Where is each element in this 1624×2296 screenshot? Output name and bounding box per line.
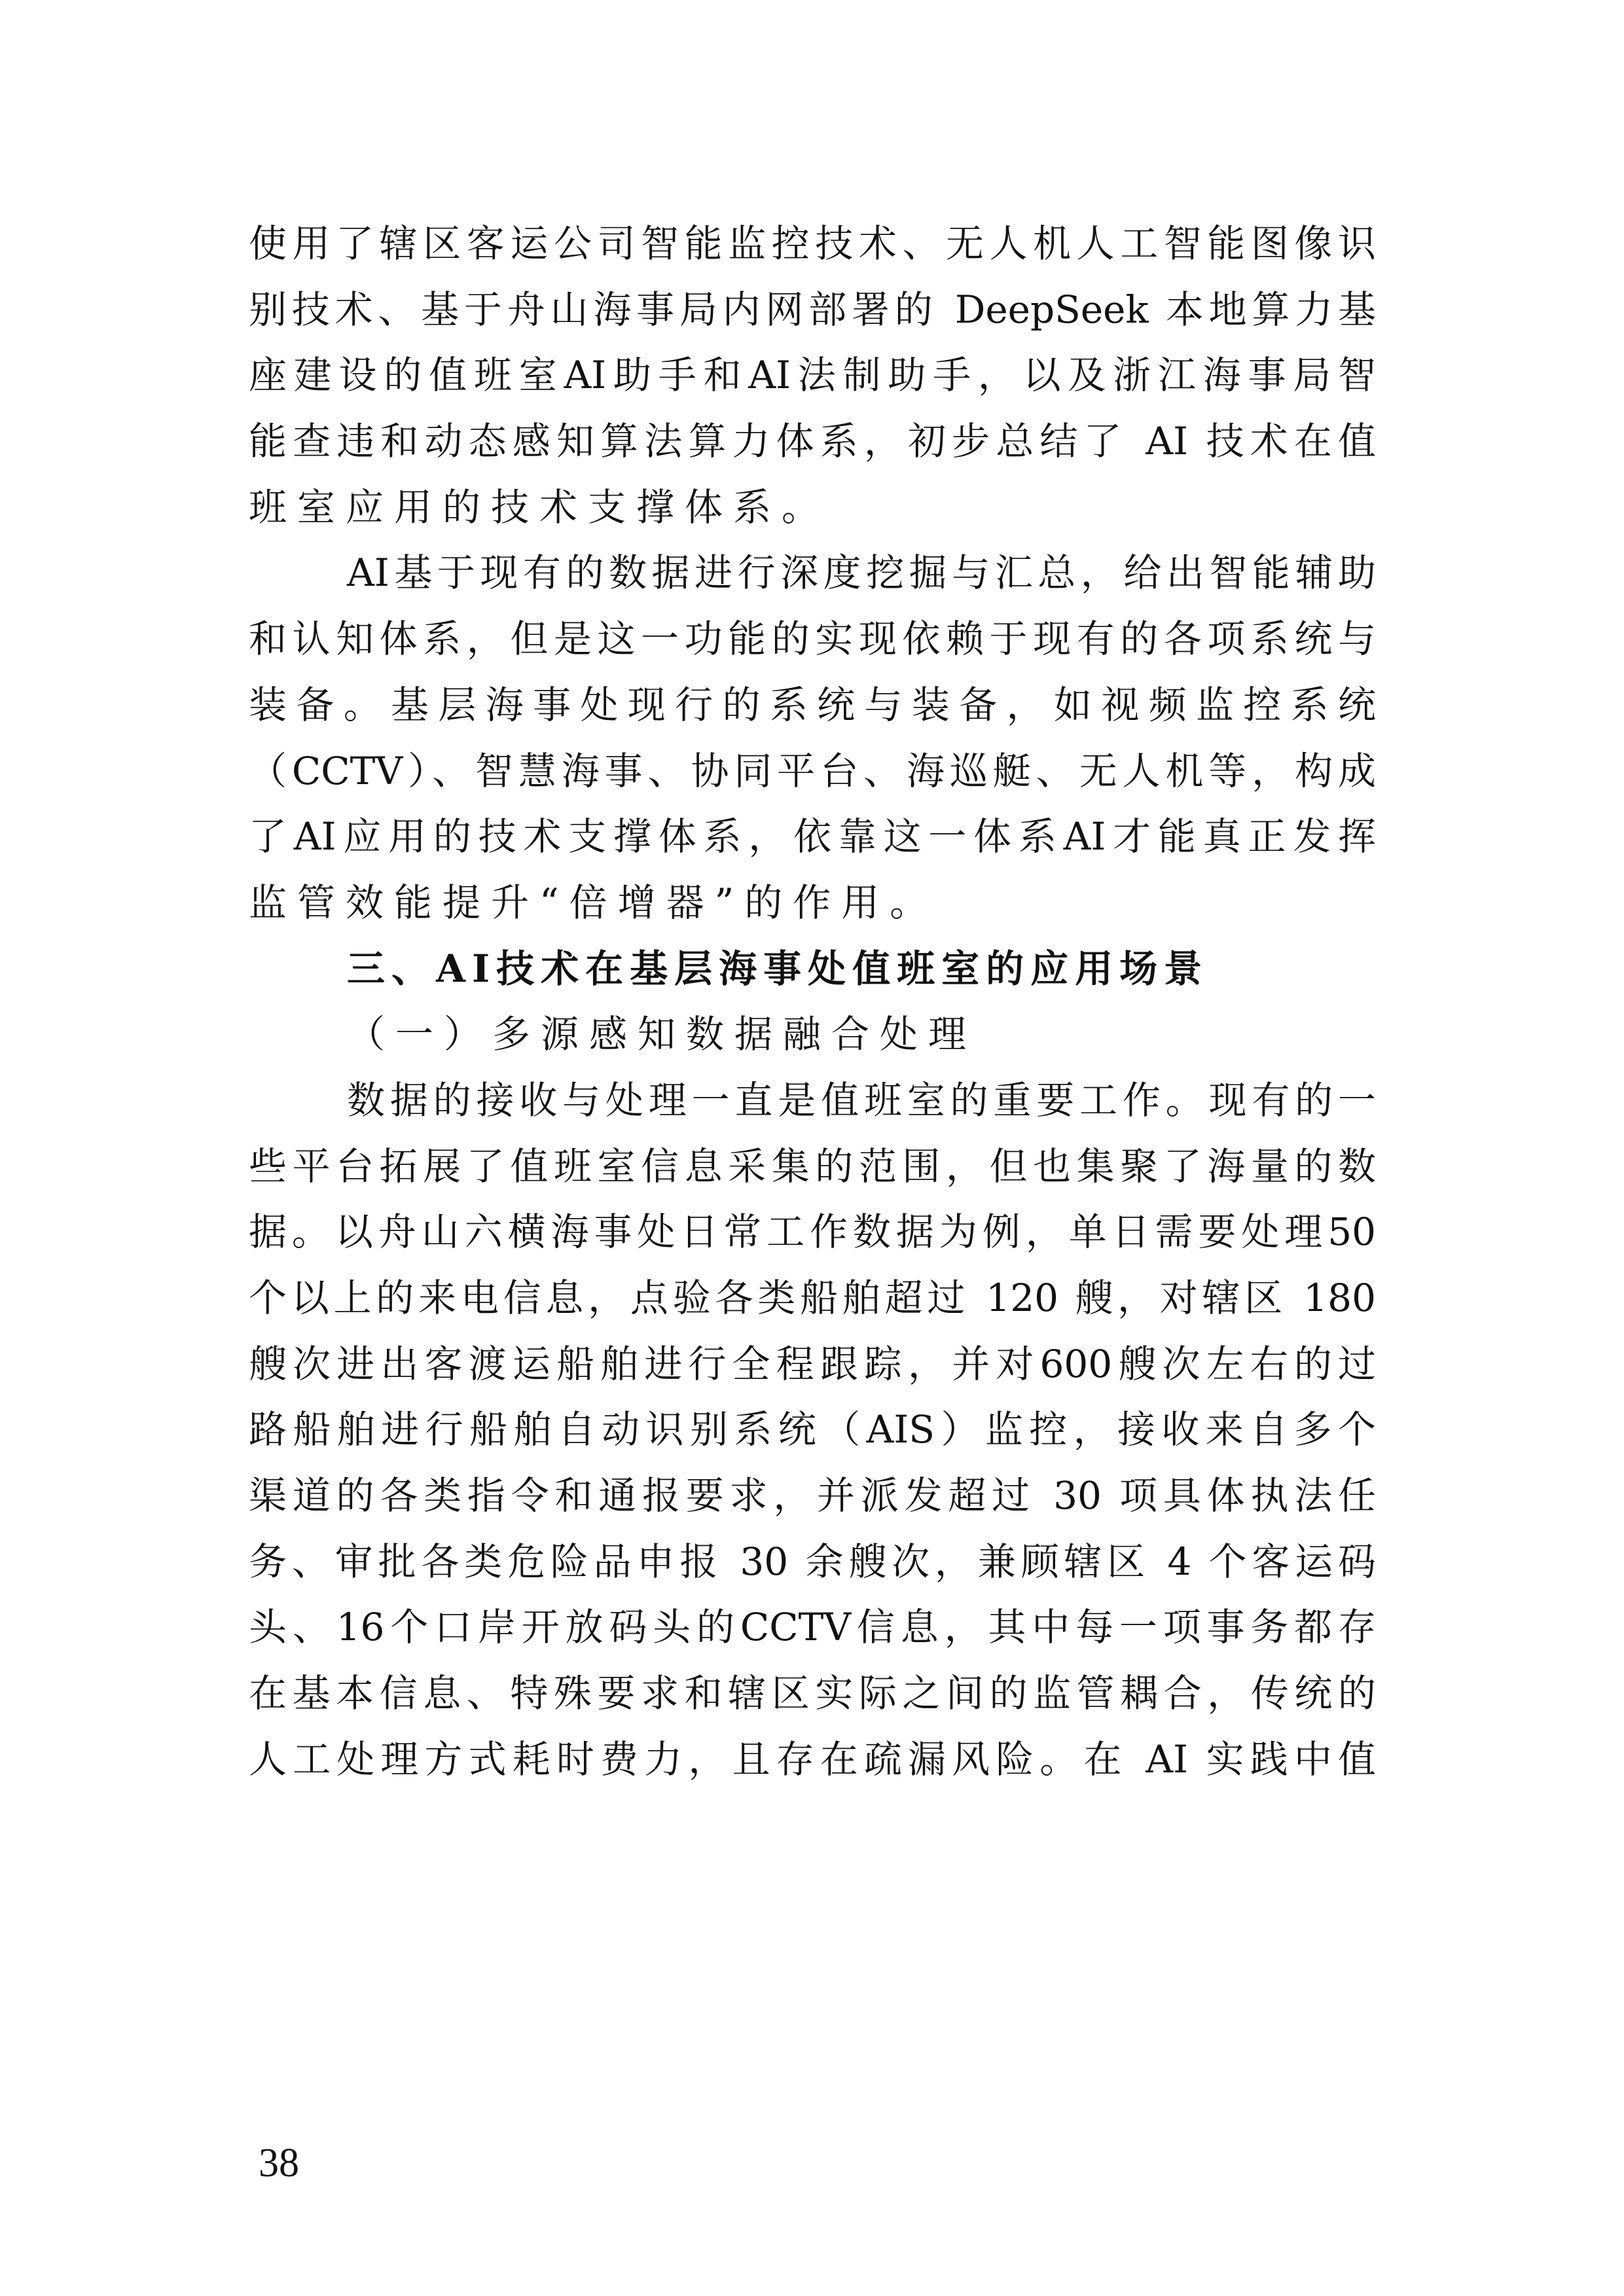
text-line: 务、审批各类危险品申报 30 余艘次，兼顾辖区 4 个客运码 [249,1529,1376,1595]
text-line: 头、16个口岸开放码头的CCTV信息，其中每一项事务都存 [249,1594,1376,1660]
text-line: 别技术、基于舟山海事局内网部署的 DeepSeek 本地算力基 [249,277,1376,343]
page-number: 38 [259,2140,299,2187]
text-line: 班室应用的技术支撑体系。 [249,475,1376,541]
document-page: 使用了辖区客运公司智能监控技术、无人机人工智能图像识 别技术、基于舟山海事局内网… [249,211,1376,1793]
text-line: 数据的接收与处理一直是值班室的重要工作。现有的一 [249,1067,1376,1134]
section-heading: 三、AI技术在基层海事处值班室的应用场景 [249,936,1376,1002]
text-line: 渠道的各类指令和通报要求，并派发超过 30 项具体执法任 [249,1463,1376,1529]
paragraph-2: AI基于现有的数据进行深度挖掘与汇总，给出智能辅助 和认知体系，但是这一功能的实… [249,540,1376,935]
paragraph-3: 数据的接收与处理一直是值班室的重要工作。现有的一 些平台拓展了值班室信息采集的范… [249,1067,1376,1793]
text-line: 路船舶进行船舶自动识别系统（AIS）监控，接收来自多个 [249,1397,1376,1463]
paragraph-1: 使用了辖区客运公司智能监控技术、无人机人工智能图像识 别技术、基于舟山海事局内网… [249,211,1376,540]
text-line: 装备。基层海事处现行的系统与装备，如视频监控系统 [249,672,1376,738]
text-line: 据。以舟山六横海事处日常工作数据为例，单日需要处理50 [249,1199,1376,1265]
text-line: 使用了辖区客运公司智能监控技术、无人机人工智能图像识 [249,211,1376,277]
subsection-heading: （一）多源感知数据融合处理 [249,1001,1376,1067]
text-line: 艘次进出客渡运船舶进行全程跟踪，并对600艘次左右的过 [249,1331,1376,1397]
text-line: 和认知体系，但是这一功能的实现依赖于现有的各项系统与 [249,606,1376,672]
text-line: 监管效能提升“倍增器”的作用。 [249,870,1376,936]
text-line: 了AI应用的技术支撑体系，依靠这一体系AI才能真正发挥 [249,804,1376,870]
text-line: 在基本信息、特殊要求和辖区实际之间的监管耦合，传统的 [249,1660,1376,1727]
text-line: 人工处理方式耗时费力，且存在疏漏风险。在 AI 实践中值 [249,1727,1376,1793]
text-line: 些平台拓展了值班室信息采集的范围，但也集聚了海量的数 [249,1134,1376,1200]
text-line: （CCTV）、智慧海事、协同平台、海巡艇、无人机等，构成 [249,738,1376,804]
text-line: 能查违和动态感知算法算力体系，初步总结了 AI 技术在值 [249,408,1376,475]
text-line: AI基于现有的数据进行深度挖掘与汇总，给出智能辅助 [249,540,1376,606]
text-line: 个以上的来电信息，点验各类船舶超过 120 艘，对辖区 180 [249,1265,1376,1331]
text-line: 座建设的值班室AI助手和AI法制助手，以及浙江海事局智 [249,342,1376,408]
